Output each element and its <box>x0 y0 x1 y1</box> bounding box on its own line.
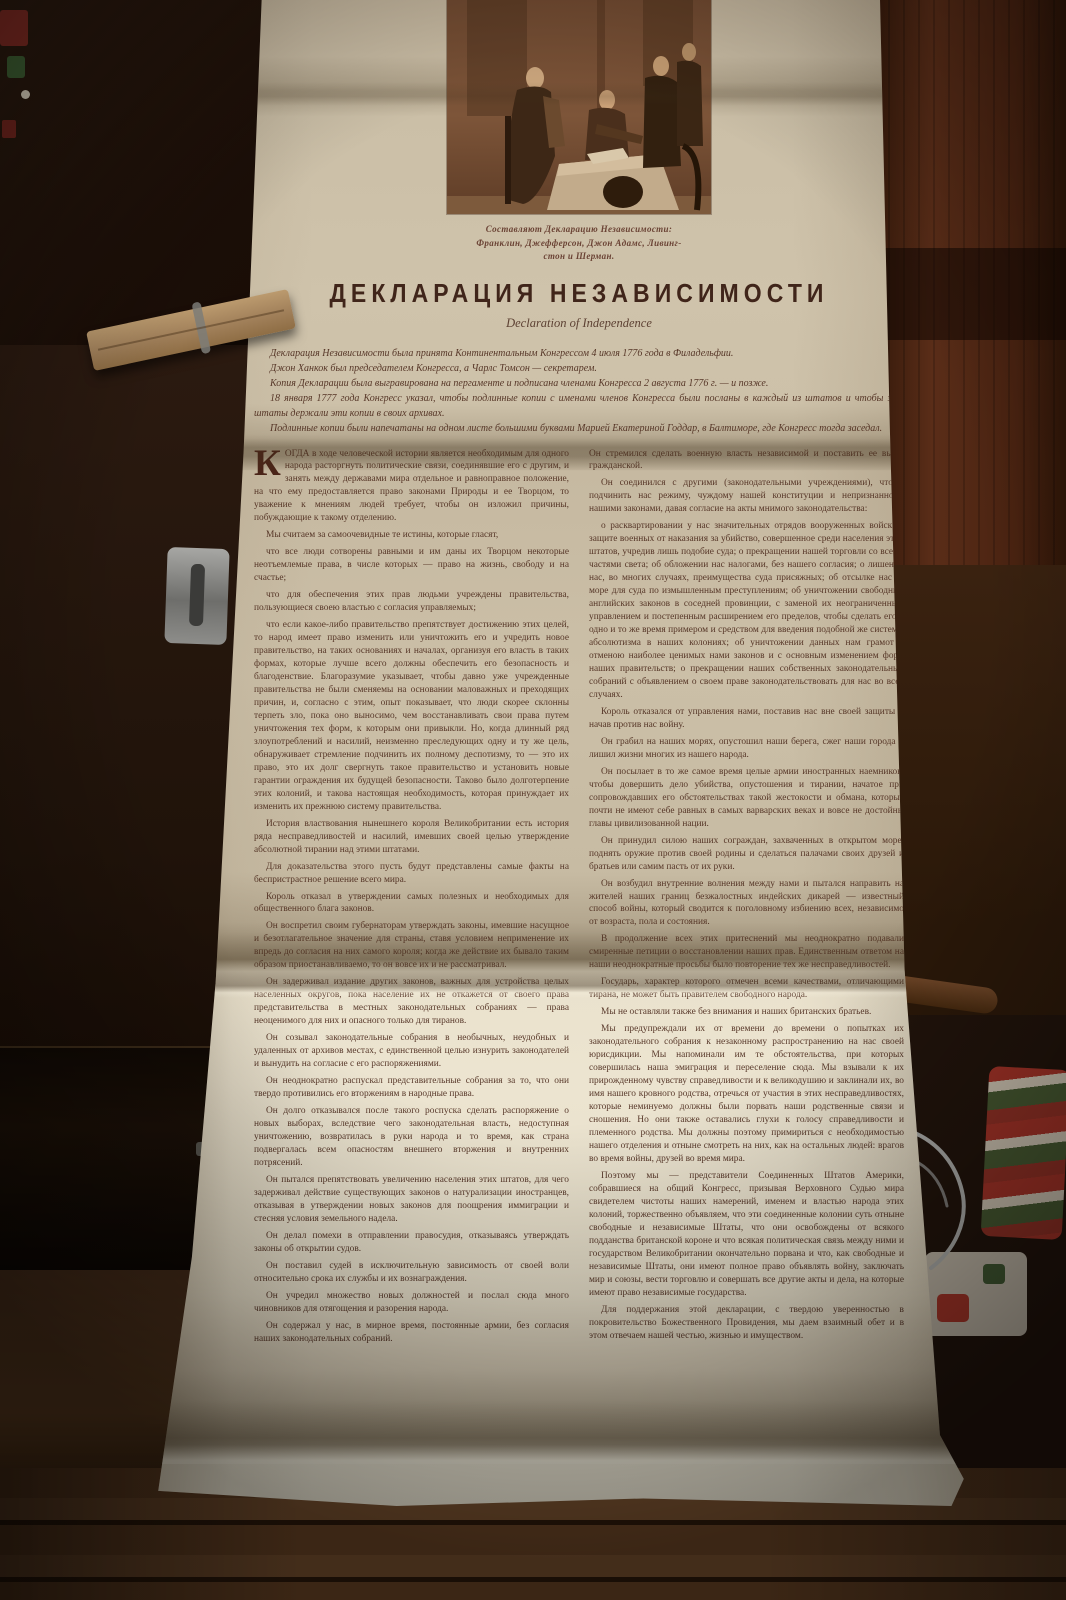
paragraph: Он воспретил своим губернаторам утвержда… <box>254 920 569 972</box>
right-column: Он стремился сделать военную власть неза… <box>589 448 904 1350</box>
intro-paragraph: Копия Декларации была выгравирована на п… <box>254 376 904 391</box>
paragraph: Он неоднократно распускал представительн… <box>254 1075 569 1101</box>
paragraph: Мы предупреждали их от времени до времен… <box>589 1023 904 1166</box>
intro-paragraph: 18 января 1777 года Конгресс указал, что… <box>254 391 904 421</box>
paragraph: Он учредил множество новых должностей и … <box>254 1290 569 1316</box>
paragraph: Он поставил судей в исключительную завис… <box>254 1260 569 1286</box>
body-columns: КОГДА в ходе человеческой истории являет… <box>254 448 904 1350</box>
paragraph: Он долго отказывался после такого роспус… <box>254 1105 569 1170</box>
paragraph: Для поддержания этой декларации, с тверд… <box>589 1304 904 1343</box>
paragraph: что все люди сотворены равными и им даны… <box>254 546 569 585</box>
paragraph: Король отказал в утверждении самых полез… <box>254 891 569 917</box>
drop-cap: К <box>254 448 285 479</box>
document-content: Составляют Декларацию Независимости:Фран… <box>254 0 904 1350</box>
intro-paragraph: Джон Ханкок был председателем Конгресса,… <box>254 361 904 376</box>
paragraph: Он возбудил внутренние волнения между на… <box>589 878 904 930</box>
paragraph: Мы считаем за самоочевидные те истины, к… <box>254 529 569 542</box>
shelf-object-red-small <box>2 120 16 138</box>
paragraph: Он принудил силою наших сограждан, захва… <box>589 835 904 874</box>
intro-paragraph: Декларация Независимости была принята Ко… <box>254 346 904 361</box>
paragraph: В продолжение всех этих притеснений мы н… <box>589 933 904 972</box>
wood-background-right <box>878 565 1066 1015</box>
paragraph: Он стремился сделать военную власть неза… <box>589 448 904 474</box>
paragraph: Король отказался от управления нами, пос… <box>589 706 904 732</box>
document-title: ДЕКЛАРАЦИЯ НЕЗАВИСИМОСТИ <box>254 278 904 308</box>
shelf-object-red <box>0 10 28 46</box>
left-column: КОГДА в ходе человеческой истории являет… <box>254 448 569 1350</box>
paragraph: Мы не оставляли также без внимания и наш… <box>589 1006 904 1019</box>
paragraph: Он грабил на наших морях, опустошил наши… <box>589 736 904 762</box>
document-paper: Составляют Декларацию Независимости:Фран… <box>150 0 972 1506</box>
paragraph: что для обеспечения этих прав людьми учр… <box>254 589 569 615</box>
caption-line: Франклин, Джефферсон, Джон Адамс, Ливинг… <box>254 237 904 251</box>
paragraph: Он посылает в то же самое время целые ар… <box>589 766 904 831</box>
caption-line: Составляют Декларацию Независимости: <box>254 223 904 237</box>
shelf-object-green <box>7 56 25 78</box>
paragraph: Он задерживал издание других законов, ва… <box>254 976 569 1028</box>
paragraph: История властвования нынешнего короля Ве… <box>254 818 569 857</box>
fold-shadow-bottom <box>150 1400 972 1464</box>
engraving-caption: Составляют Декларацию Независимости:Фран… <box>254 223 904 264</box>
binder-clip <box>164 547 229 645</box>
caption-line: стон и Шерман. <box>254 250 904 264</box>
wood-panel-rail <box>860 248 1066 340</box>
paragraph: Он соединился с другими (законодательным… <box>589 477 904 516</box>
shelf-object-white <box>21 90 30 99</box>
paragraph: Поэтому мы — представители Соединенных Ш… <box>589 1170 904 1300</box>
paragraph: Он делал помехи в отправлении правосудия… <box>254 1230 569 1256</box>
paragraph: Для доказательства этого пусть будут пре… <box>254 861 569 887</box>
engraving-illustration <box>447 0 711 214</box>
paragraph: Он созывал законодательные собрания в не… <box>254 1032 569 1071</box>
intro-section: Декларация Независимости была принята Ко… <box>254 346 904 436</box>
paragraph: Он пытался препятствовать увеличению нас… <box>254 1174 569 1226</box>
paragraph: о расквартировании у нас значительных от… <box>589 520 904 702</box>
document-subtitle: Declaration of Independence <box>254 316 904 331</box>
paragraph: Он содержал у нас, в мирное время, посто… <box>254 1320 569 1346</box>
photo-scene: { "scene": { "description": "Photograph … <box>0 0 1066 1600</box>
paragraph: что если какое-либо правительство препят… <box>254 619 569 814</box>
paragraph: КОГДА в ходе человеческой истории являет… <box>254 448 569 526</box>
intro-paragraph: Подлинные копии были напечатаны на одном… <box>254 421 904 436</box>
paragraph: Государь, характер которого отмечен всем… <box>589 976 904 1002</box>
binder-clip-slot <box>189 564 205 626</box>
cloth-red-patch <box>937 1294 969 1322</box>
